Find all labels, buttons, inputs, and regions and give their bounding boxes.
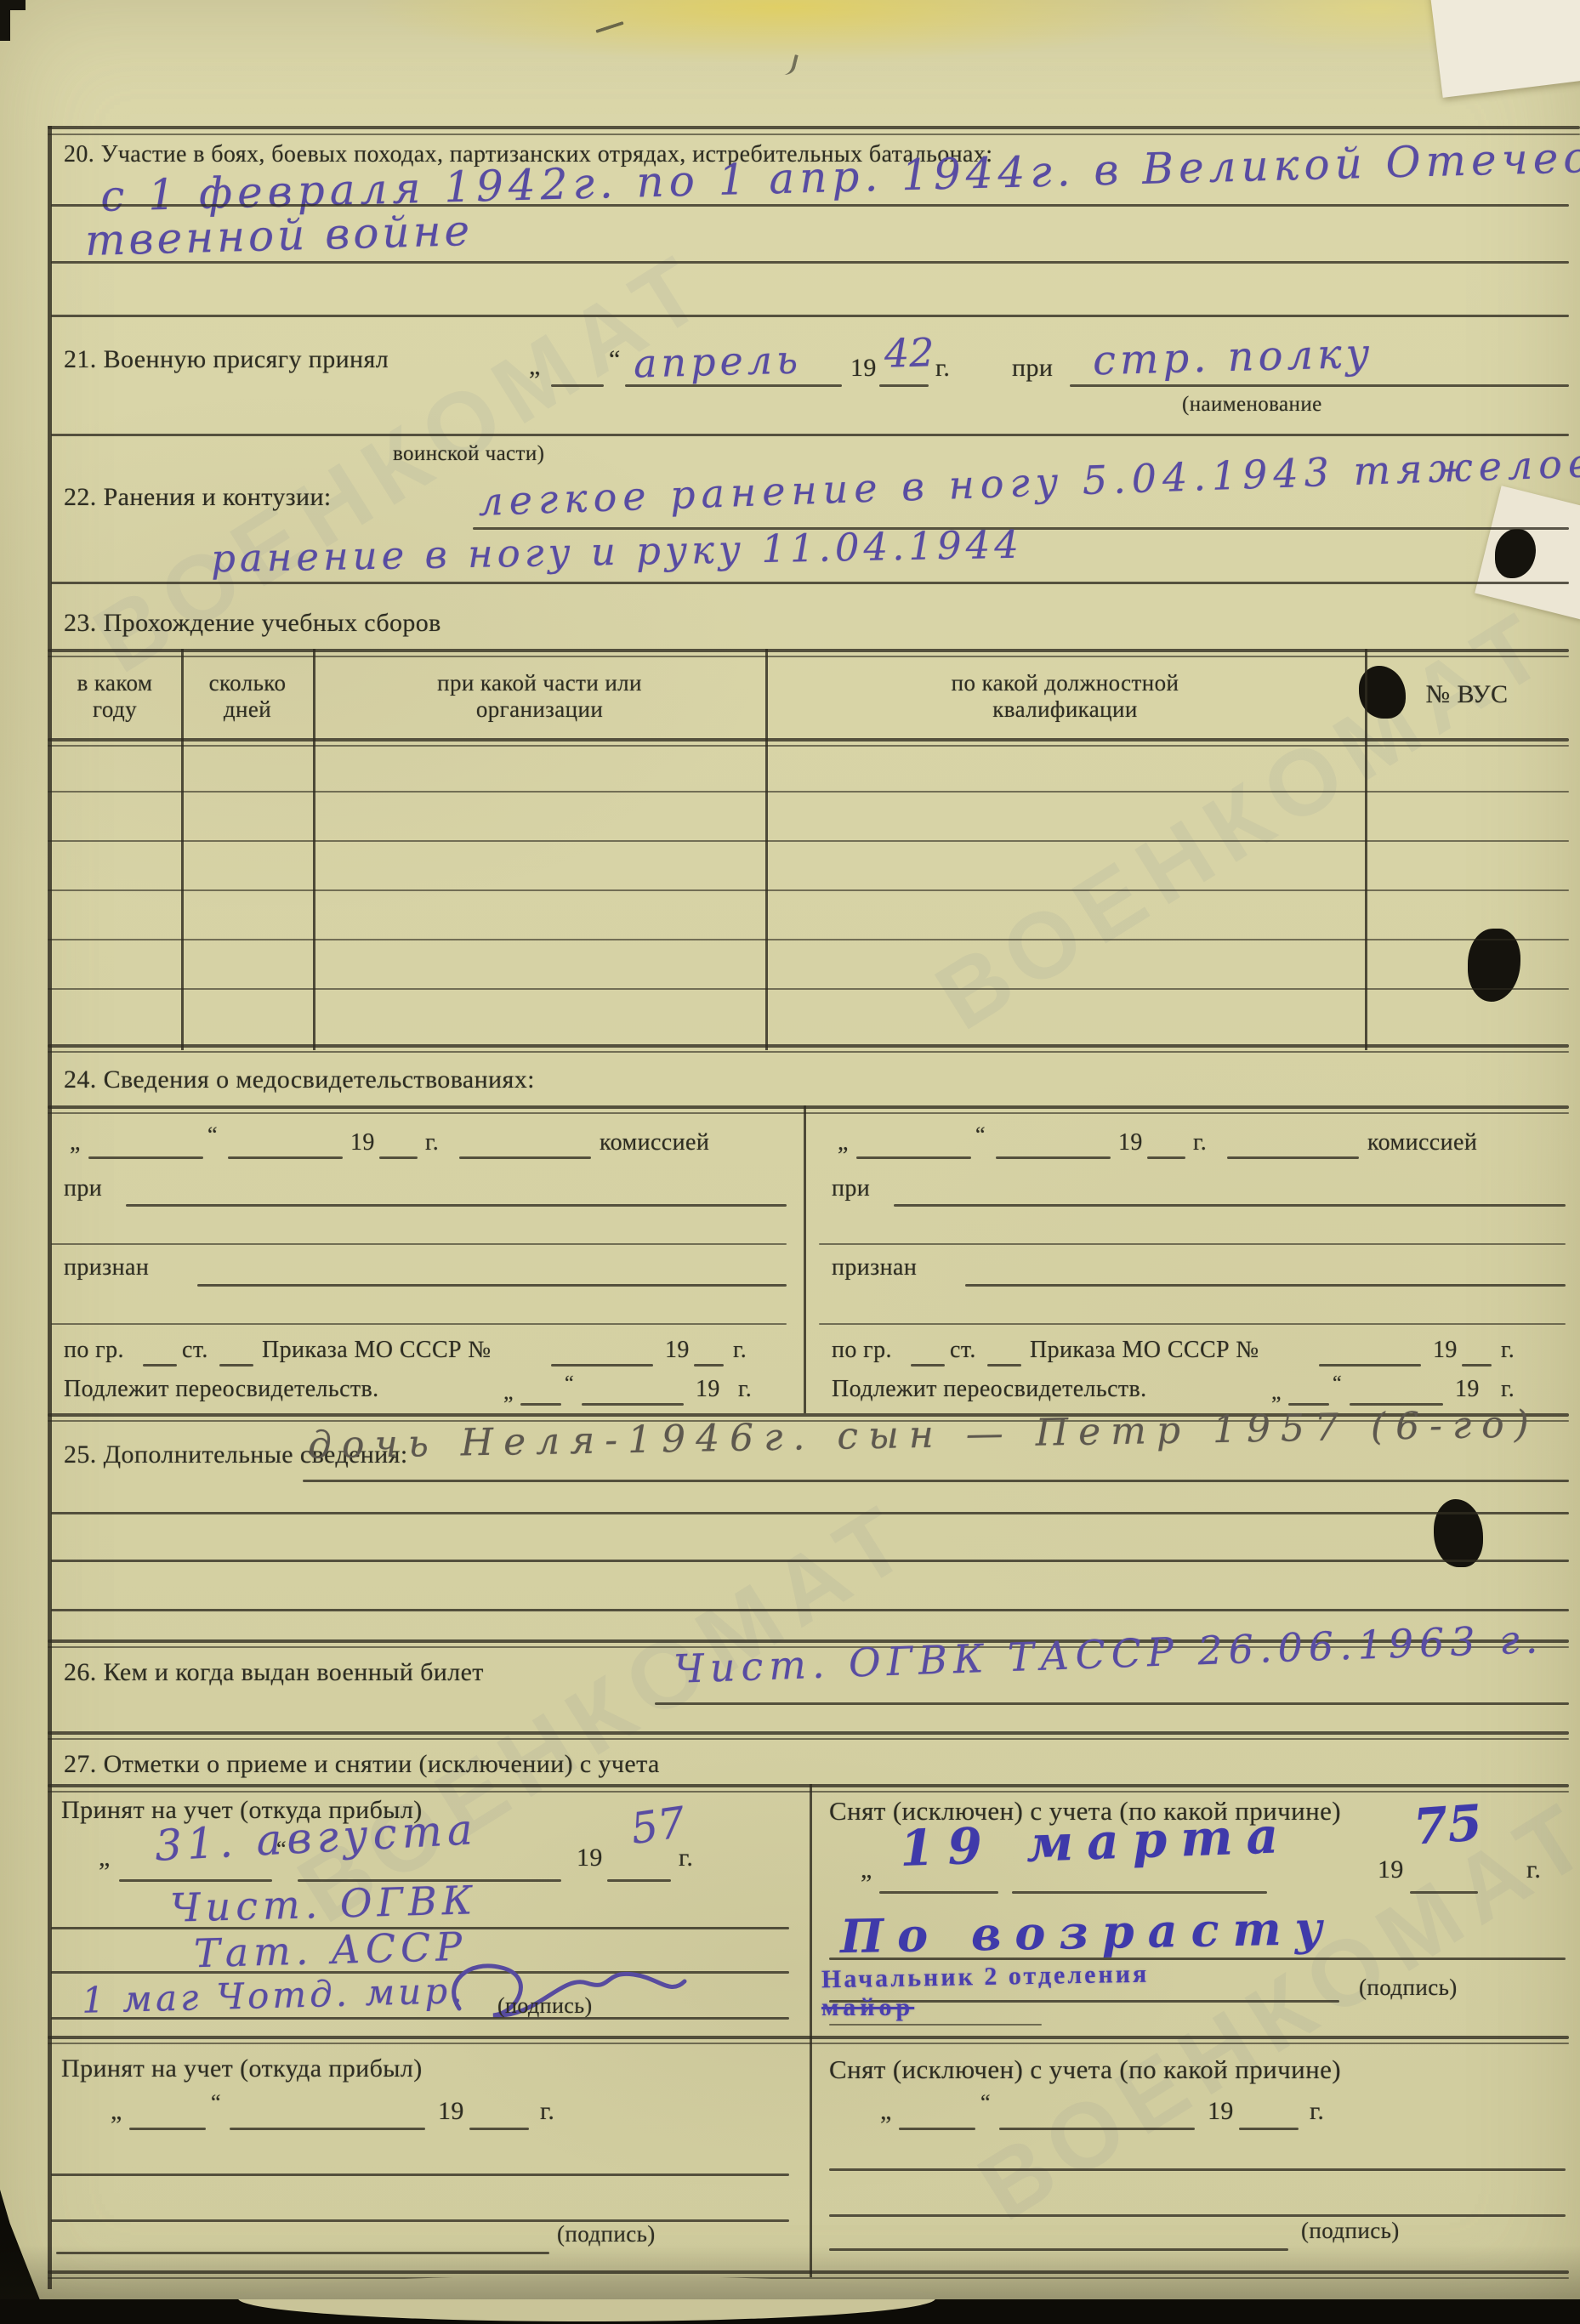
blank-unit	[1070, 384, 1569, 387]
table-row-line	[48, 840, 1569, 842]
grid-top-border-2	[48, 1791, 1569, 1793]
prikaz-label: Приказа МО СССР №	[262, 1337, 492, 1364]
close-quote: “	[1333, 1372, 1342, 1395]
open-quote: „	[880, 2097, 892, 2126]
table-header-bottom	[48, 738, 1569, 742]
blank-month	[228, 1156, 343, 1159]
additional-info-handwriting: дочь Неля-1946г. сын — Петр 1957 (6-го)	[308, 1402, 1540, 1467]
blank-line	[51, 1323, 787, 1325]
year-suffix: г.	[425, 1129, 439, 1156]
table-header-bottom-2	[48, 745, 1569, 747]
blank-line	[51, 1243, 787, 1245]
year-suffix: г.	[1310, 2097, 1324, 2126]
blank-line	[819, 1243, 1566, 1245]
blank-line	[51, 582, 1569, 584]
yellow-stain-right	[1174, 0, 1580, 55]
accepted-header: Принят на учет (откуда прибыл)	[61, 2054, 423, 2083]
table-col-divider	[313, 649, 315, 1050]
watermark: ВОЕНКОМАТ	[280, 1480, 933, 1945]
podlezhit-label: Подлежит переосвидетельств.	[64, 1376, 379, 1403]
blank-month	[1012, 1891, 1267, 1894]
section-divider	[48, 1731, 1569, 1735]
pri-label: при	[64, 1175, 102, 1202]
year-suffix: г.	[1193, 1129, 1207, 1156]
blank-month	[999, 2128, 1195, 2130]
year-prefix: 19	[665, 1337, 690, 1364]
year-prefix: 19	[696, 1376, 720, 1403]
blank-month	[996, 1156, 1111, 1159]
close-quote: “	[565, 1372, 574, 1395]
year-suffix: г.	[540, 2097, 554, 2126]
open-quote: „	[70, 1129, 81, 1156]
po-gr-label: по гр.	[64, 1337, 124, 1364]
blank-month	[230, 2128, 425, 2130]
po-gr-label: по гр.	[832, 1337, 892, 1364]
section-26-label: 26. Кем и когда выдан военный билет	[64, 1658, 484, 1687]
blank-line	[303, 1480, 1569, 1482]
accepted-category-handwriting: 1 маг Чотд. мир.	[81, 1969, 466, 2021]
section-24-label: 24. Сведения о медосвидетельствованиях:	[64, 1065, 535, 1094]
med-top-border-2	[48, 1112, 1569, 1114]
podpis-label: (подпись)	[497, 1993, 593, 2019]
blank-year	[607, 1879, 671, 1882]
year-prefix: 19	[850, 354, 877, 383]
oath-month-handwriting: апрель	[633, 336, 802, 386]
blank-year	[1147, 1156, 1185, 1159]
blank-line	[51, 315, 1569, 317]
blank-year	[379, 1156, 418, 1159]
section-21-label: 21. Военную присягу принял	[64, 345, 389, 374]
med-top-border	[48, 1105, 1569, 1109]
commission-label: комиссией	[1367, 1129, 1477, 1156]
podpis-label: (подпись)	[1359, 1975, 1458, 2001]
blank-line	[829, 1958, 1566, 1960]
year-suffix: г.	[738, 1376, 752, 1403]
blank-line	[51, 2173, 789, 2176]
open-quote: „	[111, 2097, 122, 2126]
open-quote: „	[503, 1379, 514, 1405]
year-prefix: 19	[438, 2097, 464, 2126]
table-row-line	[48, 889, 1569, 891]
year-suffix: г.	[1526, 1855, 1541, 1884]
blank-commission	[1227, 1156, 1359, 1159]
oath-unit-handwriting: стр. полку	[1092, 330, 1374, 385]
ink-blot	[1495, 529, 1536, 578]
blank-line	[965, 1284, 1566, 1287]
pri-label: при	[1012, 354, 1053, 383]
blank-line	[819, 1323, 1566, 1325]
page-top-border-2	[48, 134, 1580, 135]
col-header-unit: при какой части илиорганизации	[316, 670, 763, 723]
blank-date	[879, 1891, 998, 1894]
accepted-region-handwriting: Тат. АССР	[193, 1923, 467, 1976]
priznan-label: признан	[64, 1254, 149, 1281]
blank-day	[551, 384, 604, 387]
close-quote: “	[975, 1122, 986, 1148]
col-header-vus: № ВУС	[1369, 680, 1565, 709]
grid-column-divider	[810, 1784, 812, 2277]
prikaz-label: Приказа МО СССР №	[1030, 1337, 1259, 1364]
close-quote: “	[609, 345, 621, 374]
blank-line	[51, 2017, 789, 2020]
stamp-position: Начальник 2 отделения	[821, 1960, 1150, 1995]
blank-gr	[911, 1364, 945, 1367]
blank-date	[856, 1156, 971, 1159]
section-27-label: 27. Отметки о приеме и снятии (исключени…	[64, 1750, 660, 1779]
year-prefix: 19	[1433, 1337, 1458, 1364]
med-column-divider	[804, 1105, 806, 1413]
section-23-label: 23. Прохождение учебных сборов	[64, 609, 441, 638]
blank-line	[829, 2214, 1566, 2217]
pen-mark	[775, 51, 799, 77]
year-prefix: 19	[350, 1129, 375, 1156]
close-quote: “	[207, 1122, 218, 1148]
table-top-border-2	[48, 656, 1569, 657]
blank-st	[987, 1364, 1021, 1367]
blank-gr	[143, 1364, 177, 1367]
bottom-shadow-band	[0, 2245, 1580, 2299]
blank-date	[88, 1156, 203, 1159]
blank-day	[520, 1403, 561, 1406]
blank-year	[879, 384, 929, 387]
grid-top-border	[48, 1784, 1569, 1787]
grid-row-divider-2	[48, 2043, 1569, 2044]
wounds-handwriting-1: легкое ранение в ногу 5.04.1943 тяжелое	[477, 440, 1580, 525]
close-quote: “	[980, 2090, 991, 2116]
pri-label: при	[832, 1175, 870, 1202]
blank-line	[51, 204, 1569, 207]
open-quote: „	[838, 1129, 849, 1156]
blank-day	[1288, 1403, 1329, 1406]
year-prefix: 19	[577, 1844, 603, 1872]
blank-line	[51, 434, 1569, 436]
year-suffix: г.	[1501, 1337, 1515, 1364]
year-suffix: г.	[733, 1337, 747, 1364]
scanned-military-card-page: ВОЕНКОМАТ ВОЕНКОМАТ ВОЕНКОМАТ ВОЕНКОМАТ …	[0, 0, 1580, 2324]
blank-line	[51, 1512, 1569, 1514]
blank-number	[551, 1364, 653, 1367]
table-col-divider	[765, 649, 768, 1050]
blank-line	[51, 1560, 1569, 1562]
blank-line	[829, 2024, 1042, 2026]
table-col-divider	[1365, 649, 1367, 1050]
blank-st	[219, 1364, 253, 1367]
accepted-office-handwriting: Чист. ОГВК	[169, 1877, 478, 1930]
removed-header: Снят (исключен) с учета (по какой причин…	[829, 2054, 1341, 2085]
col-header-days: сколькодней	[184, 670, 311, 723]
grid-row-divider	[48, 2036, 1569, 2039]
year-prefix: 19	[1208, 2097, 1234, 2126]
blank-number	[1319, 1364, 1421, 1367]
torn-corner	[1429, 0, 1580, 98]
year-prefix: 19	[1118, 1129, 1143, 1156]
st-label: ст.	[950, 1337, 976, 1364]
year-suffix: г.	[1501, 1376, 1515, 1403]
blank-year	[1462, 1364, 1492, 1367]
blank-line	[51, 1609, 1569, 1611]
close-quote: “	[211, 2090, 221, 2116]
year-suffix: г.	[935, 354, 950, 383]
blank-line	[829, 2168, 1566, 2171]
blank-line	[197, 1284, 787, 1287]
table-bottom-border-2	[48, 1051, 1569, 1053]
table-row-line	[48, 988, 1569, 990]
open-quote: „	[1271, 1379, 1282, 1405]
year-suffix: г.	[679, 1844, 693, 1872]
priznan-label: признан	[832, 1254, 917, 1281]
col-header-year: в какомгоду	[51, 670, 179, 723]
blank-line	[655, 1702, 1569, 1705]
blank-date	[119, 1879, 272, 1882]
stamp-rank: майор	[821, 1993, 914, 2022]
table-row-line	[48, 791, 1569, 793]
note-naimenovanie: (наименование	[1182, 393, 1322, 417]
year-prefix: 19	[1455, 1376, 1480, 1403]
section-20-handwriting-2: твенной войне	[84, 206, 473, 265]
st-label: ст.	[182, 1337, 208, 1364]
blank-line	[126, 1204, 787, 1207]
blank-year	[1410, 1891, 1478, 1894]
table-row-line	[48, 939, 1569, 940]
blank-commission	[459, 1156, 591, 1159]
blank-year	[469, 2128, 529, 2130]
podpis-label: (подпись)	[1301, 2218, 1400, 2244]
edge-black-mark-top-left-2	[0, 3, 10, 41]
table-bottom-border	[48, 1044, 1569, 1048]
blank-year	[694, 1364, 724, 1367]
blank-date	[129, 2128, 206, 2130]
oath-year-handwriting: 42	[884, 329, 935, 377]
open-quote: „	[99, 1844, 111, 1872]
year-prefix: 19	[1378, 1855, 1404, 1884]
col-header-qualification: по какой должностнойквалификации	[770, 670, 1361, 723]
podlezhit-label: Подлежит переосвидетельств.	[832, 1376, 1147, 1403]
commission-label: комиссией	[600, 1129, 709, 1156]
pen-mark	[595, 21, 624, 33]
blank-line	[894, 1204, 1566, 1207]
hole-right-2	[1434, 1499, 1483, 1567]
page-left-border	[48, 126, 52, 2289]
section-22-label: 22. Ранения и контузии:	[64, 483, 332, 512]
open-quote: „	[529, 352, 541, 381]
note-voinskoy-chasti: воинской части)	[393, 442, 544, 466]
section-divider-2	[48, 1738, 1569, 1740]
blank-month	[625, 384, 842, 387]
page-top-border	[48, 126, 1580, 129]
open-quote: „	[861, 1855, 872, 1884]
blank-line	[51, 2219, 789, 2222]
blank-month	[582, 1403, 684, 1406]
removed-year-handwriting: 75	[1412, 1793, 1484, 1855]
podpis-label: (подпись)	[557, 2221, 656, 2247]
table-top-border	[48, 649, 1569, 652]
blank-year	[1239, 2128, 1299, 2130]
blank-date	[899, 2128, 975, 2130]
removal-reason-handwriting: По возрасту	[839, 1901, 1336, 1963]
blank-line	[51, 261, 1569, 264]
